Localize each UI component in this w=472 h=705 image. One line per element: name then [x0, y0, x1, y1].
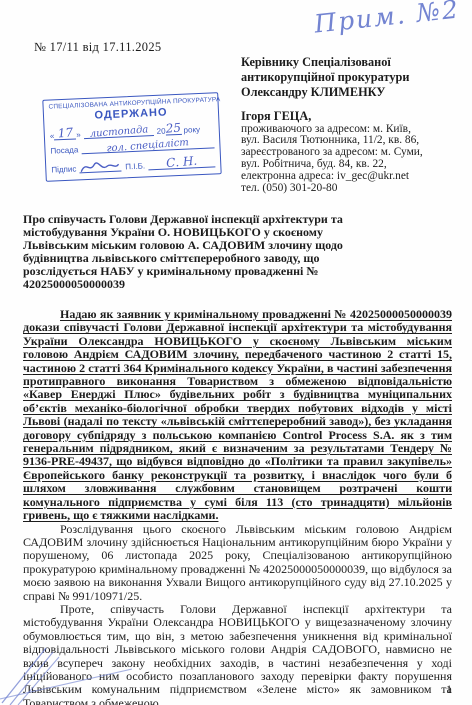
stamp-signature-line: Підпис П.І.Б. С. Н.	[51, 154, 215, 174]
stamp-day-blank: 17	[54, 128, 76, 140]
stamp-position-blank: гол. спеціаліст	[81, 139, 215, 154]
handwritten-copy-number-note: Прим. №2	[313, 0, 461, 39]
addressee-line: антикорупційної прокуратури	[241, 70, 469, 85]
stamp-name-blank: С. Н.	[148, 156, 216, 170]
stamp-year-suffix: року	[183, 125, 200, 135]
handwritten-name: С. Н.	[166, 157, 198, 167]
document-number-date: № 17/11 від 17.11.2025	[34, 40, 161, 55]
stamp-signature-label: Підпис	[51, 164, 76, 174]
stamp-name-label: П.І.Б.	[125, 161, 145, 171]
handwritten-year: 25	[166, 124, 182, 133]
stamp-quote-close: »	[76, 130, 81, 139]
received-stamp: СПЕЦІАЛІЗОВАНА АНТИКОРУПЦІЙНА ПРОКУРАТУР…	[42, 92, 221, 182]
stamp-position-label: Посада	[50, 145, 78, 155]
letter-subject: Про співучасть Голови Державної інспекці…	[23, 213, 345, 291]
handwritten-day: 17	[57, 128, 73, 137]
letter-body: Надаю як заявник у кримінальному провадж…	[23, 308, 452, 705]
stamp-year-prefix: 20	[156, 127, 165, 136]
stamp-year-blank: 25	[165, 124, 181, 136]
stamp-signature-blank	[79, 159, 122, 174]
handwritten-month: листопада	[89, 126, 148, 139]
scanned-letter-page: Прим. №2 № 17/11 від 17.11.2025 СПЕЦІАЛІ…	[0, 0, 472, 705]
stamp-month-blank: листопада	[84, 127, 154, 139]
body-paragraph-emphasized: Надаю як заявник у кримінальному провадж…	[23, 308, 452, 523]
sender-phone: тел. (050) 301-20-80	[241, 183, 469, 195]
stamp-date-line: «17» листопада 2025 року	[50, 122, 214, 140]
sender-email: електронна адреса: iv_gec@ukr.net	[241, 171, 469, 183]
page-number: 1	[446, 682, 452, 697]
sender-name: Ігоря ГЕЦА,	[241, 109, 469, 124]
addressee-line: Керівнику Спеціалізованої	[241, 55, 469, 70]
body-paragraph: Розслідування цього скоєного Львівським …	[23, 523, 452, 603]
addressee-line: Олександру КЛИМЕНКУ	[241, 85, 469, 100]
addressee-block: Керівнику Спеціалізованої антикорупційно…	[241, 55, 469, 194]
signature-scribble-icon	[79, 159, 120, 175]
body-paragraph: Проте, співучасть Голови Державної інспе…	[23, 603, 452, 705]
handwritten-position: гол. спеціаліст	[106, 139, 189, 153]
